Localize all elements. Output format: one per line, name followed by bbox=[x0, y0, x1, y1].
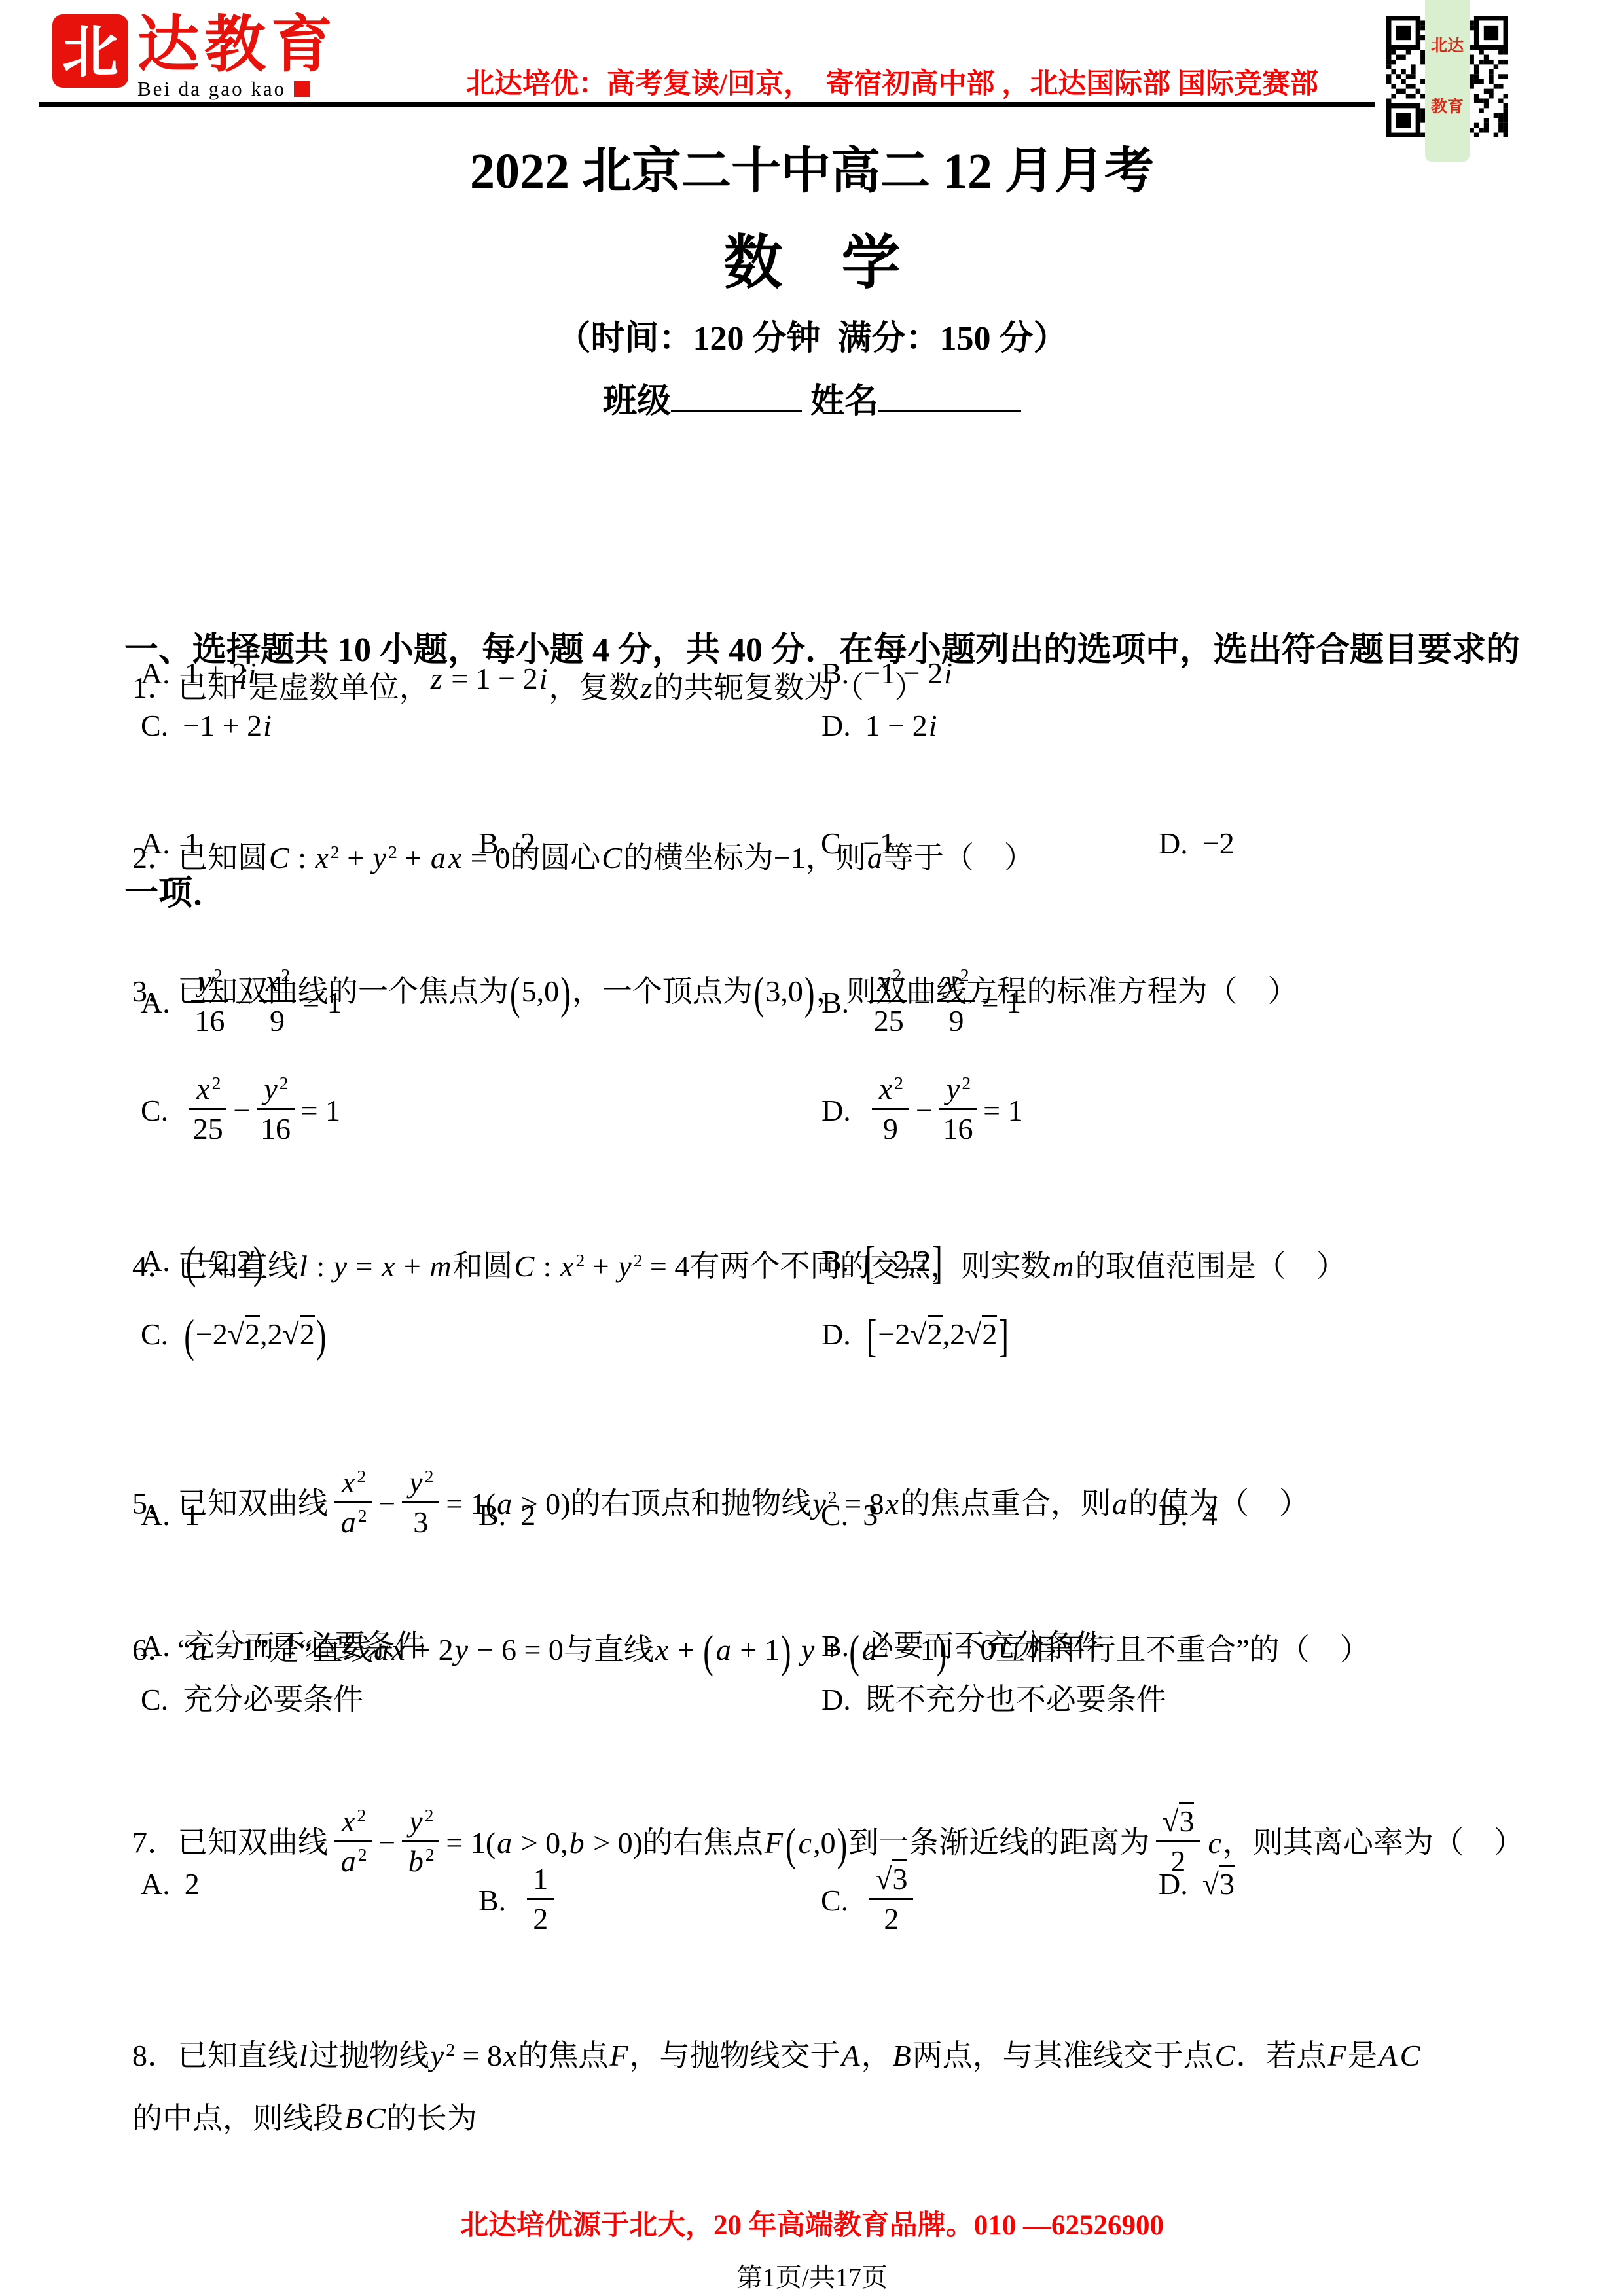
class-label: 班级 bbox=[603, 383, 671, 420]
question-4-option-b: B.[−2,2] bbox=[821, 1244, 1499, 1281]
question-2-option-a: A.1 bbox=[141, 826, 478, 861]
question-7-option-a: A.2 bbox=[141, 1867, 478, 1940]
question-5-option-b: B.2 bbox=[478, 1498, 821, 1532]
logo-subtitle: Bei da gao kao bbox=[137, 77, 286, 101]
question-5-option-c: C.3 bbox=[821, 1498, 1159, 1532]
question-1-options-row-1: A.1 + 2i B.−1 − 2i bbox=[124, 656, 1499, 691]
question-6-options-row-1: A.充分而不必要条件 B.必要而不充分条件 bbox=[124, 1622, 1499, 1665]
class-name-row: 班级 姓名 bbox=[0, 373, 1624, 422]
question-3-option-c: C.x225−y216= 1 bbox=[141, 1077, 821, 1150]
question-7-options: A.2 B.12 C.√32 D.√3 bbox=[124, 1867, 1499, 1940]
logo-wordmark: 达教育 bbox=[137, 11, 338, 79]
subject-title: 数 学 bbox=[0, 215, 1624, 300]
question-3-option-a: A.y216−x29= 1 bbox=[141, 969, 821, 1042]
question-4-options-row-2: C.(−2√2,2√2) D.[−2√2,2√2] bbox=[124, 1317, 1499, 1354]
question-3-options-row-1: A.y216−x29= 1 B.x225−y29= 1 bbox=[124, 969, 1499, 1042]
question-8-stem-line-2: 的中点，则线段BC的长为 bbox=[124, 2094, 1499, 2138]
question-1-options-row-2: C.−1 + 2i D.1 − 2i bbox=[124, 708, 1499, 743]
question-2-option-b: B.2 bbox=[478, 826, 821, 861]
name-blank bbox=[878, 410, 1021, 412]
page-number: 第1页/共17页 bbox=[0, 2257, 1624, 2294]
question-2-options: A.1 B.2 C.−1 D.−2 bbox=[124, 826, 1499, 861]
question-6-option-d: D.既不充分也不必要条件 bbox=[821, 1676, 1499, 1719]
footer-brand: 北达培优源于北大，20 年高端教育品牌。010 —62526900 bbox=[0, 2203, 1624, 2243]
qr-code: 北达 教育 bbox=[1382, 16, 1512, 137]
question-4-option-a: A.(−2,2) bbox=[141, 1244, 821, 1281]
question-5-option-d: D.4 bbox=[1159, 1498, 1499, 1532]
question-1-option-b: B.−1 − 2i bbox=[821, 656, 1499, 691]
question-1-option-a: A.1 + 2i bbox=[141, 656, 821, 691]
question-2-option-c: C.−1 bbox=[821, 826, 1159, 861]
beida-logo: 北 达教育 Bei da gao kao bbox=[52, 14, 338, 101]
logo-seal: 北 bbox=[52, 14, 128, 88]
question-6-options-row-2: C.充分必要条件 D.既不充分也不必要条件 bbox=[124, 1676, 1499, 1719]
question-2-option-d: D.−2 bbox=[1159, 826, 1499, 861]
question-3-option-b: B.x225−y29= 1 bbox=[821, 969, 1499, 1042]
header-rule bbox=[39, 102, 1375, 107]
question-5-options: A.1 B.2 C.3 D.4 bbox=[124, 1498, 1499, 1532]
question-8-line-2: 的中点，则线段BC的长为 bbox=[124, 2025, 1499, 2138]
question-4-options-row-1: A.(−2,2) B.[−2,2] bbox=[124, 1244, 1499, 1281]
question-7-option-b: B.12 bbox=[478, 1867, 821, 1940]
question-6-option-a: A.充分而不必要条件 bbox=[141, 1622, 821, 1665]
question-5-option-a: A.1 bbox=[141, 1498, 478, 1532]
question-6-option-b: B.必要而不充分条件 bbox=[821, 1622, 1499, 1665]
class-blank bbox=[671, 410, 802, 412]
question-3-options-row-2: C.x225−y216= 1 D.x29−y216= 1 bbox=[124, 1077, 1499, 1150]
question-7-option-c: C.√32 bbox=[821, 1867, 1159, 1940]
question-4-option-c: C.(−2√2,2√2) bbox=[141, 1317, 821, 1354]
exam-title: 2022 北京二十中高二 12 月月考 bbox=[0, 131, 1624, 202]
question-7-option-d: D.√3 bbox=[1159, 1867, 1499, 1940]
qr-label-line1: 北达 bbox=[1431, 36, 1464, 56]
question-4-option-d: D.[−2√2,2√2] bbox=[821, 1317, 1499, 1354]
name-label: 姓名 bbox=[810, 383, 878, 420]
question-7: 7．已知双曲线x2a2−y2b2= 1(a > 0,b > 0)的右焦点F(c,… bbox=[124, 1740, 1499, 1882]
question-6-option-c: C.充分必要条件 bbox=[141, 1676, 821, 1719]
question-1-option-c: C.−1 + 2i bbox=[141, 708, 821, 743]
question-3-option-d: D.x29−y216= 1 bbox=[821, 1077, 1499, 1150]
exam-page: 北 达教育 Bei da gao kao 北达培优：高考复读/回京， 寄宿初高中… bbox=[0, 0, 1624, 2296]
exam-meta: （时间：120 分钟 满分：150 分） bbox=[0, 310, 1624, 359]
qr-label-line2: 教育 bbox=[1431, 97, 1464, 117]
header-slogan: 北达培优：高考复读/回京， 寄宿初高中部 ，北达国际部 国际竞赛部 bbox=[466, 62, 1318, 101]
question-1-option-d: D.1 − 2i bbox=[821, 708, 1499, 743]
red-square-icon bbox=[294, 81, 310, 97]
